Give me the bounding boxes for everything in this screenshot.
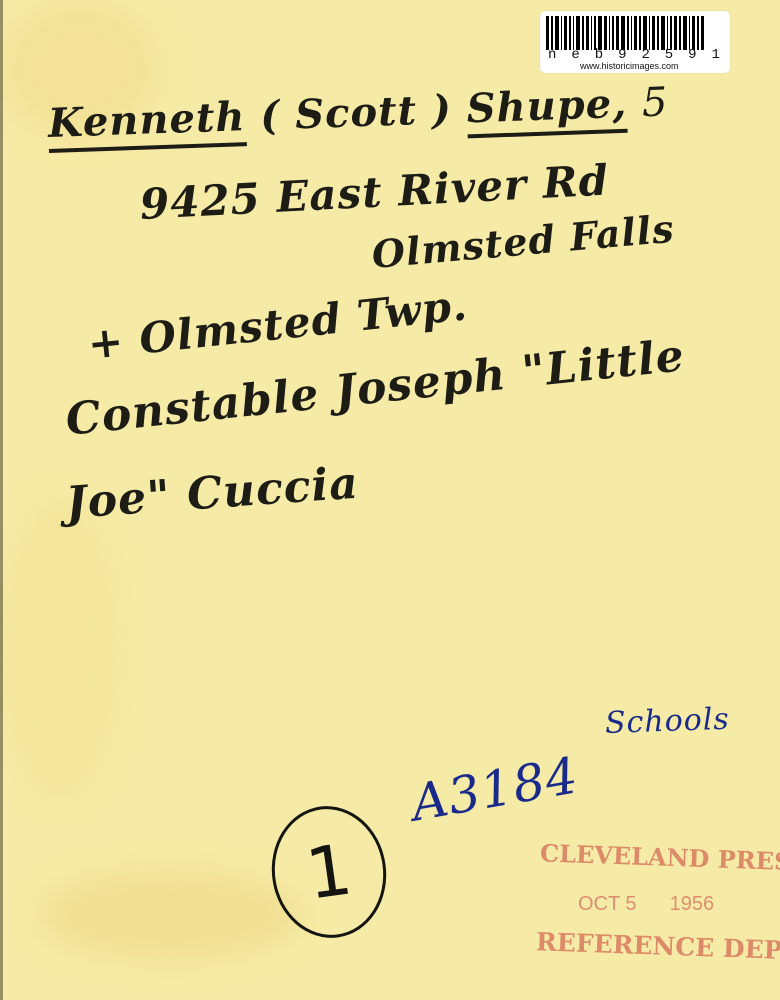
scan-edge (0, 0, 3, 1000)
barcode-digit: 9 (688, 47, 696, 63)
barcode-url: www.historicimages.com (580, 61, 679, 71)
stamp-date-day: OCT 5 (578, 893, 637, 915)
note-last-name: Shupe, (466, 80, 628, 139)
category-annotation: Schools (604, 702, 730, 741)
barcode-digit: n (548, 47, 556, 63)
barcode-digit: e (571, 47, 579, 63)
stain (0, 500, 120, 800)
stain (40, 870, 300, 960)
note-nickname: ( Scott ) (260, 86, 453, 140)
note-age: 5 (641, 79, 669, 126)
barcode-icon (546, 16, 722, 50)
barcode-digit: 1 (712, 47, 720, 63)
stamp-date: OCT 5 1956 (578, 893, 714, 916)
barcode-label: n e b 9 2 5 9 1 www.historicimages.com (540, 11, 730, 73)
note-first-name: Kenneth (47, 93, 246, 153)
circled-number-value: 1 (270, 824, 388, 920)
stamp-date-year: 1956 (670, 893, 715, 915)
